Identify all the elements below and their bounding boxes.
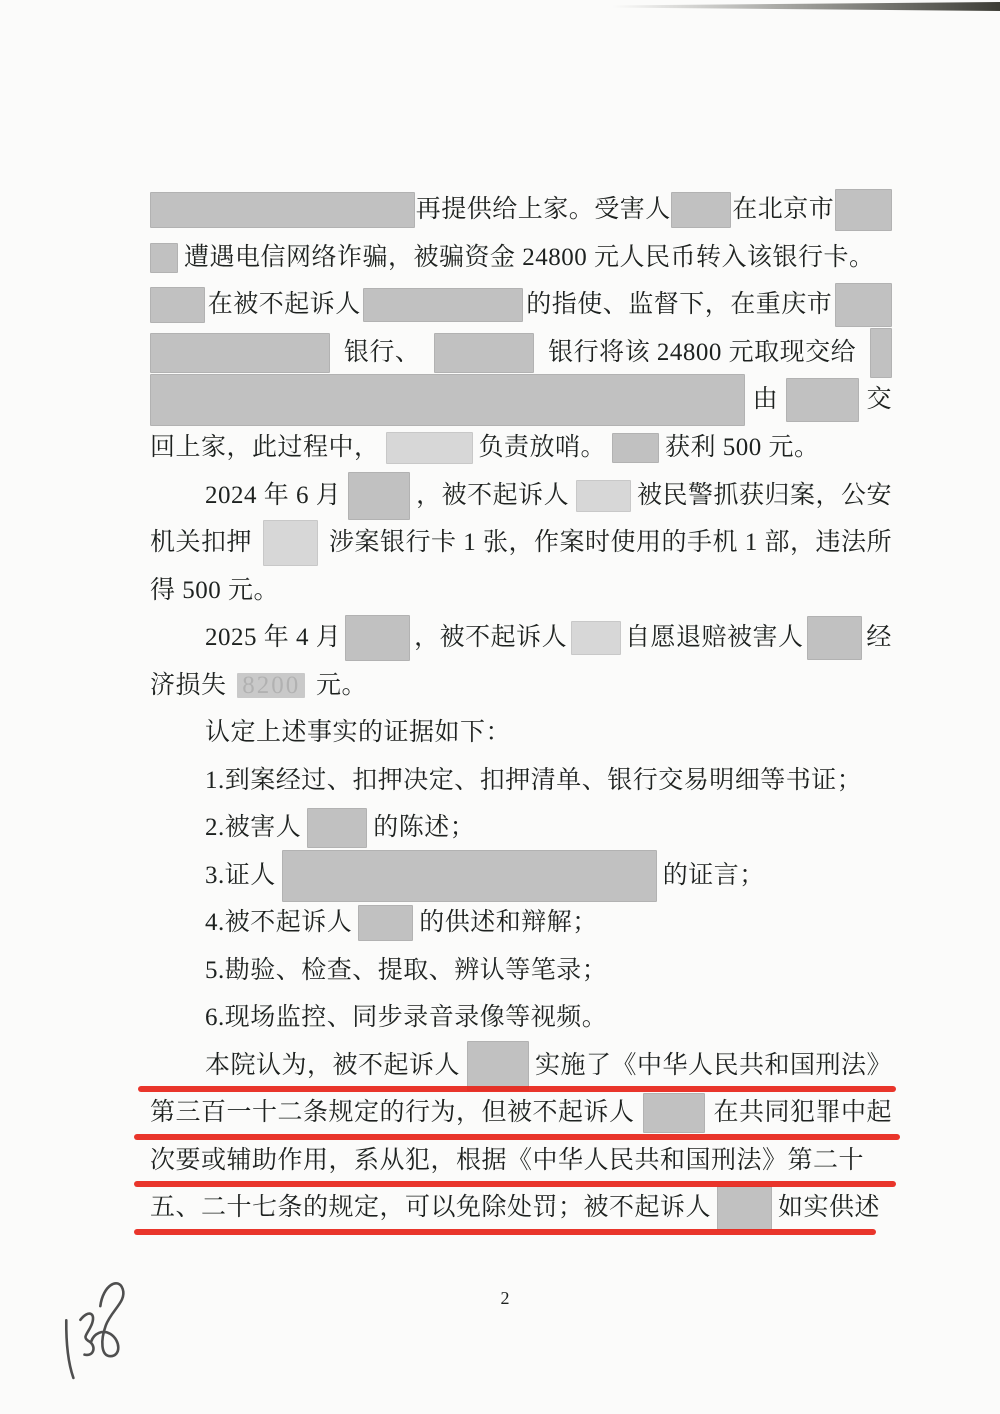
text-segment: 的指使、监督下，在重庆市 [526, 281, 832, 329]
page-number: 2 [470, 1288, 540, 1309]
text-segment: 交 [866, 376, 892, 424]
text-segment: 的证言； [663, 852, 765, 900]
text-segment: ，被不起诉人 [416, 472, 569, 520]
red-underline [134, 1229, 876, 1235]
red-underline [138, 1086, 896, 1092]
text-segment: ，被不起诉人 [414, 614, 567, 662]
text-line: 2025 年 4 月，被不起诉人自愿退赔被害人经 [150, 614, 892, 662]
redaction-block [835, 283, 892, 327]
text-segment: 经 [866, 614, 892, 662]
redaction-block [307, 808, 367, 848]
red-underline [134, 1181, 896, 1187]
text-segment: 在被不起诉人 [208, 281, 361, 329]
text-segment: 获利 500 元。 [665, 424, 820, 472]
text-segment: 第三百一十二条规定的行为，但被不起诉人 [150, 1089, 635, 1137]
text-segment: 再提供给上家。受害人 [416, 186, 671, 234]
scan-edge-artifact [612, 2, 1000, 11]
redaction-block [358, 905, 413, 941]
text-segment: 认定上述事实的证据如下： [205, 709, 511, 757]
text-line: 5.勘验、检查、提取、辨认等笔录； [150, 947, 892, 995]
redaction-block [467, 1041, 529, 1091]
redaction-block [612, 433, 659, 463]
text-line: 济损失 8200 元。 [150, 662, 892, 710]
text-line: 遭遇电信网络诈骗，被骗资金 24800 元人民币转入该银行卡。 [150, 234, 892, 282]
text-segment: 4.被不起诉人 [205, 899, 352, 947]
redaction-block [150, 287, 205, 323]
text-segment: 2025 年 4 月 [205, 614, 341, 662]
redaction-block [786, 378, 859, 422]
text-segment: 次要或辅助作用，系从犯，根据《中华人民共和国刑法》第二十 [150, 1137, 864, 1185]
text-line: 回上家，此过程中，负责放哨。获利 500 元。 [150, 424, 892, 472]
text-line: 得 500 元。 [150, 567, 892, 615]
text-segment: 3.证人 [205, 852, 276, 900]
text-segment: 2024 年 6 月 [205, 472, 341, 520]
text-line: 银行、银行将该 24800 元取现交给 [150, 329, 892, 377]
text-line: 3.证人的证言； [150, 852, 892, 900]
text-line: 4.被不起诉人的供述和辩解； [150, 899, 892, 947]
text-segment: 负责放哨。 [479, 424, 607, 472]
text-segment: 如实供述 [778, 1184, 880, 1232]
text-segment: 遭遇电信网络诈骗，被骗资金 24800 元人民币转入该银行卡。 [184, 234, 875, 282]
redaction-block [150, 192, 415, 228]
text-line: 在被不起诉人的指使、监督下，在重庆市 [150, 281, 892, 329]
text-segment: 银行将该 24800 元取现交给 [548, 329, 856, 377]
text-segment: 得 500 元。 [150, 567, 279, 615]
text-line: 次要或辅助作用，系从犯，根据《中华人民共和国刑法》第二十 [150, 1137, 892, 1185]
redaction-block [717, 1186, 772, 1230]
redaction-block [434, 333, 534, 373]
text-segment: 回上家，此过程中， [150, 424, 380, 472]
text-segment: 的供述和辩解； [419, 899, 598, 947]
redaction-block [150, 333, 330, 373]
text-line: 机关扣押涉案银行卡 1 张，作案时使用的手机 1 部，违法所 [150, 519, 892, 567]
redaction-block [807, 616, 862, 660]
text-segment: 五、二十七条的规定，可以免除处罚；被不起诉人 [150, 1184, 711, 1232]
text-segment: 实施了《中华人民共和国刑法》 [535, 1042, 892, 1090]
handwritten-mark [48, 1272, 158, 1382]
text-segment: 2.被害人 [205, 804, 301, 852]
text-segment: 机关扣押 [150, 519, 252, 567]
text-segment: 本院认为，被不起诉人 [205, 1042, 460, 1090]
text-segment: 济损失 [150, 662, 233, 710]
scanned-document-page: 再提供给上家。受害人在北京市遭遇电信网络诈骗，被骗资金 24800 元人民币转入… [0, 0, 1000, 1414]
text-line: 由交 [150, 376, 892, 424]
text-line: 本院认为，被不起诉人实施了《中华人民共和国刑法》 [150, 1042, 892, 1090]
redaction-block [571, 621, 621, 655]
redaction-block [870, 328, 892, 378]
text-segment: 1.到案经过、扣押决定、扣押清单、银行交易明细等书证； [205, 757, 862, 805]
redaction-block [150, 243, 178, 273]
redaction-block [263, 520, 318, 566]
text-segment: 元。 [309, 662, 367, 710]
text-segment: 6.现场监控、同步录音录像等视频。 [205, 994, 607, 1042]
text-line: 2024 年 6 月，被不起诉人被民警抓获归案，公安 [150, 472, 892, 520]
text-segment: 银行、 [344, 329, 421, 377]
text-segment: 涉案银行卡 1 张，作案时使用的手机 1 部，违法所 [329, 519, 892, 567]
red-underline [134, 1134, 900, 1140]
text-segment: 由 [753, 376, 779, 424]
text-line: 再提供给上家。受害人在北京市 [150, 186, 892, 234]
text-line: 2.被害人的陈述； [150, 804, 892, 852]
text-segment: 自愿退赔被害人 [625, 614, 804, 662]
redaction-block [643, 1093, 705, 1133]
redaction-block [282, 850, 657, 902]
text-segment: 5.勘验、检查、提取、辨认等笔录； [205, 947, 607, 995]
redaction-block [345, 615, 410, 661]
redaction-block [348, 472, 410, 520]
text-line: 第三百一十二条规定的行为，但被不起诉人在共同犯罪中起 [150, 1089, 892, 1137]
text-line: 1.到案经过、扣押决定、扣押清单、银行交易明细等书证； [150, 757, 892, 805]
text-segment: 在共同犯罪中起 [713, 1089, 892, 1137]
text-line: 6.现场监控、同步录音录像等视频。 [150, 994, 892, 1042]
redaction-block [150, 374, 745, 426]
text-segment: 被民警抓获归案，公安 [637, 472, 892, 520]
text-line: 五、二十七条的规定，可以免除处罚；被不起诉人如实供述 [150, 1184, 892, 1232]
text-segment: 在北京市 [732, 186, 834, 234]
redaction-block [363, 288, 523, 322]
redaction-block [835, 189, 892, 231]
redaction-block [576, 480, 631, 512]
redaction-block [671, 192, 731, 228]
partially-redacted-amount: 8200 [239, 662, 303, 710]
text-line: 认定上述事实的证据如下： [150, 709, 892, 757]
redaction-block [386, 432, 473, 464]
text-segment: 的陈述； [373, 804, 475, 852]
redaction-overlay [237, 673, 305, 698]
